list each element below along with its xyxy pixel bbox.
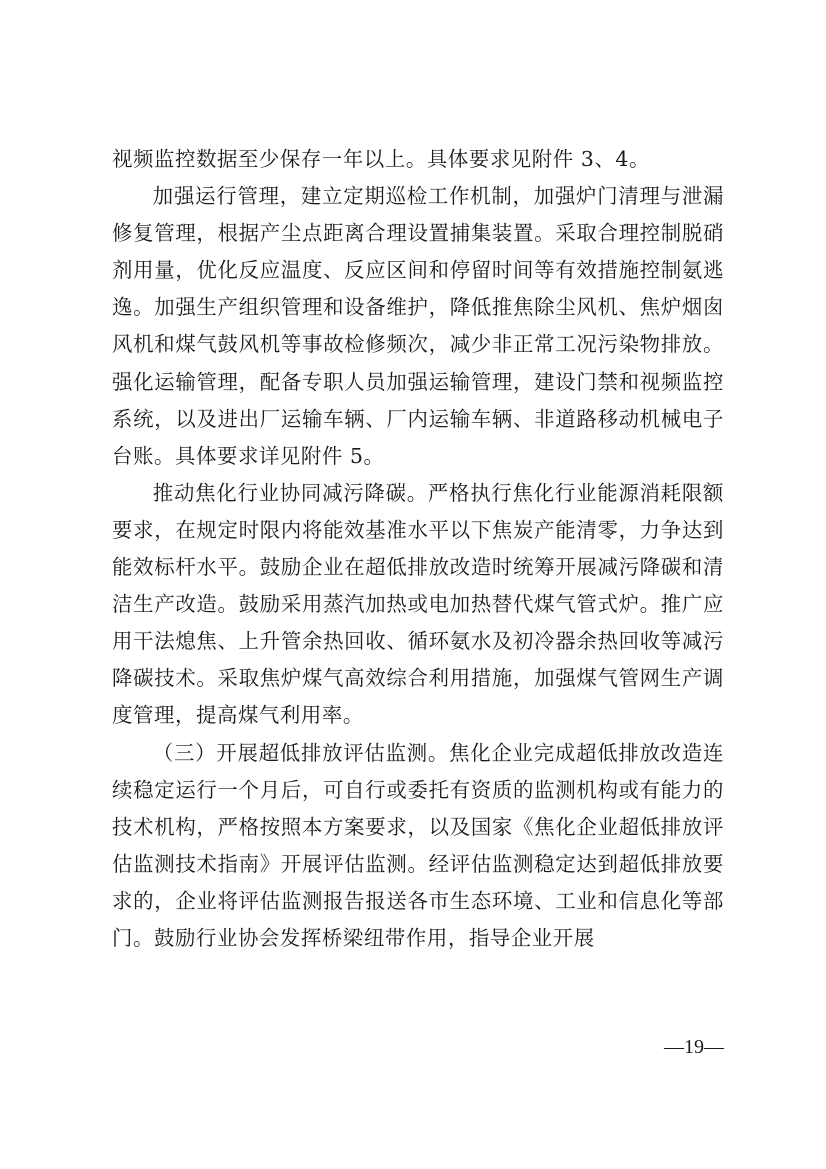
body-text: 视频监控数据至少保存一年以上。具体要求见附件 3、4。 加强运行管理，建立定期巡… [112,141,724,957]
paragraph-text: 视频监控数据至少保存一年以上。具体要求见附件 3、4。 [112,147,650,171]
paragraph-attachment-note: 视频监控数据至少保存一年以上。具体要求见附件 3、4。 [112,141,724,178]
paragraph-carbon-reduction: 推动焦化行业协同减污降碳。严格执行焦化行业能源消耗限额要求，在规定时限内将能效基… [112,475,724,735]
paragraph-operation-management: 加强运行管理，建立定期巡检工作机制，加强炉门清理与泄漏修复管理，根据产尘点距离合… [112,178,724,475]
paragraph-evaluation-monitoring: （三）开展超低排放评估监测。焦化企业完成超低排放改造连续稳定运行一个月后，可自行… [112,735,724,958]
section-heading: （三）开展超低排放评估监测。 [153,741,449,765]
paragraph-text: 加强运行管理，建立定期巡检工作机制，加强炉门清理与泄漏修复管理，根据产尘点距离合… [112,184,724,468]
paragraph-text: 推动焦化行业协同减污降碳。严格执行焦化行业能源消耗限额要求，在规定时限内将能效基… [112,481,724,728]
page-number: —19— [664,1036,724,1059]
paragraph-text: 焦化企业完成超低排放改造连续稳定运行一个月后，可自行或委托有资质的监测机构或有能… [112,741,724,950]
document-page: 视频监控数据至少保存一年以上。具体要求见附件 3、4。 加强运行管理，建立定期巡… [0,0,826,1169]
